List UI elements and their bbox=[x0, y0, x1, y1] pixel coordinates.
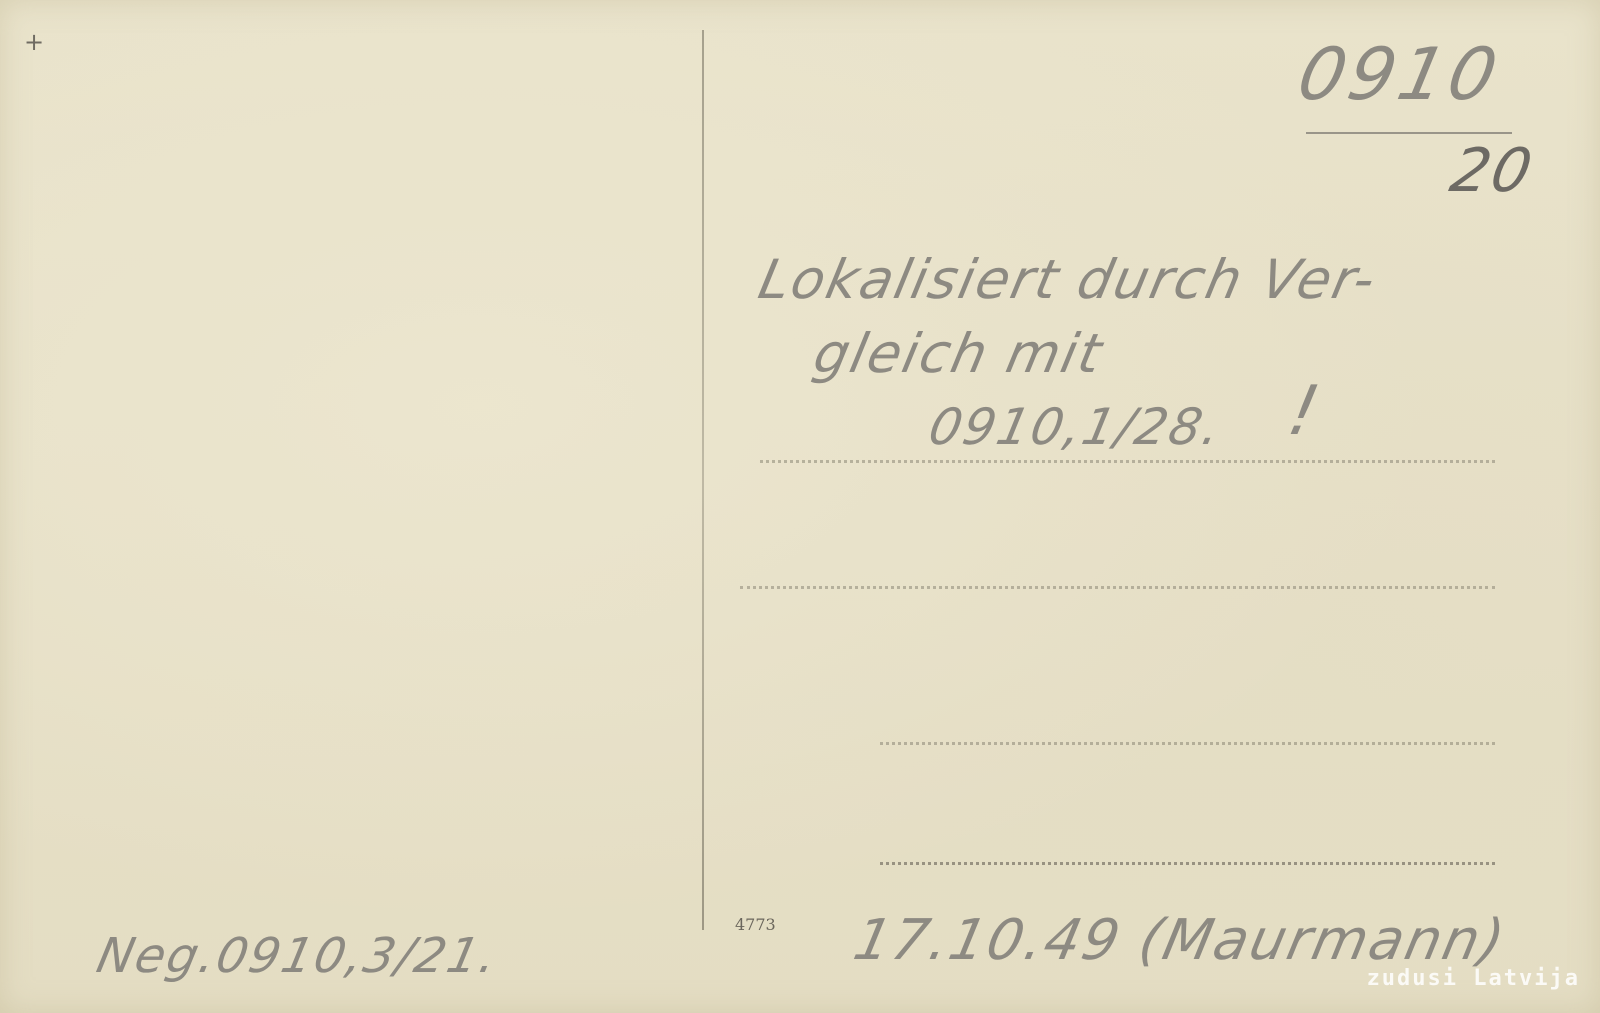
address-line-3 bbox=[880, 742, 1495, 745]
note-line-3: 0910,1/28. bbox=[924, 398, 1228, 456]
fraction-bar bbox=[1306, 132, 1512, 134]
corner-mark: + bbox=[24, 28, 44, 56]
date-note: 17.10.49 (Maurmann) bbox=[848, 908, 1512, 973]
postcard-back: + 0910 20 Lokalisiert durch Ver- gleich … bbox=[0, 0, 1600, 1013]
address-line-4 bbox=[880, 862, 1495, 865]
address-line-1 bbox=[760, 460, 1495, 463]
archive-subnumber: 20 bbox=[1445, 136, 1540, 206]
negative-number: Neg.0910,3/21. bbox=[92, 928, 504, 984]
center-divider-line bbox=[702, 30, 704, 930]
note-exclamation: ! bbox=[1282, 372, 1328, 451]
printed-code: 4773 bbox=[735, 915, 776, 934]
watermark-logo: zudusi Latvija bbox=[1367, 966, 1580, 991]
note-line-1: Lokalisiert durch Ver- bbox=[753, 248, 1382, 311]
address-line-2 bbox=[740, 586, 1495, 589]
note-line-2: gleich mit bbox=[808, 322, 1109, 385]
archive-number: 0910 bbox=[1291, 32, 1508, 116]
